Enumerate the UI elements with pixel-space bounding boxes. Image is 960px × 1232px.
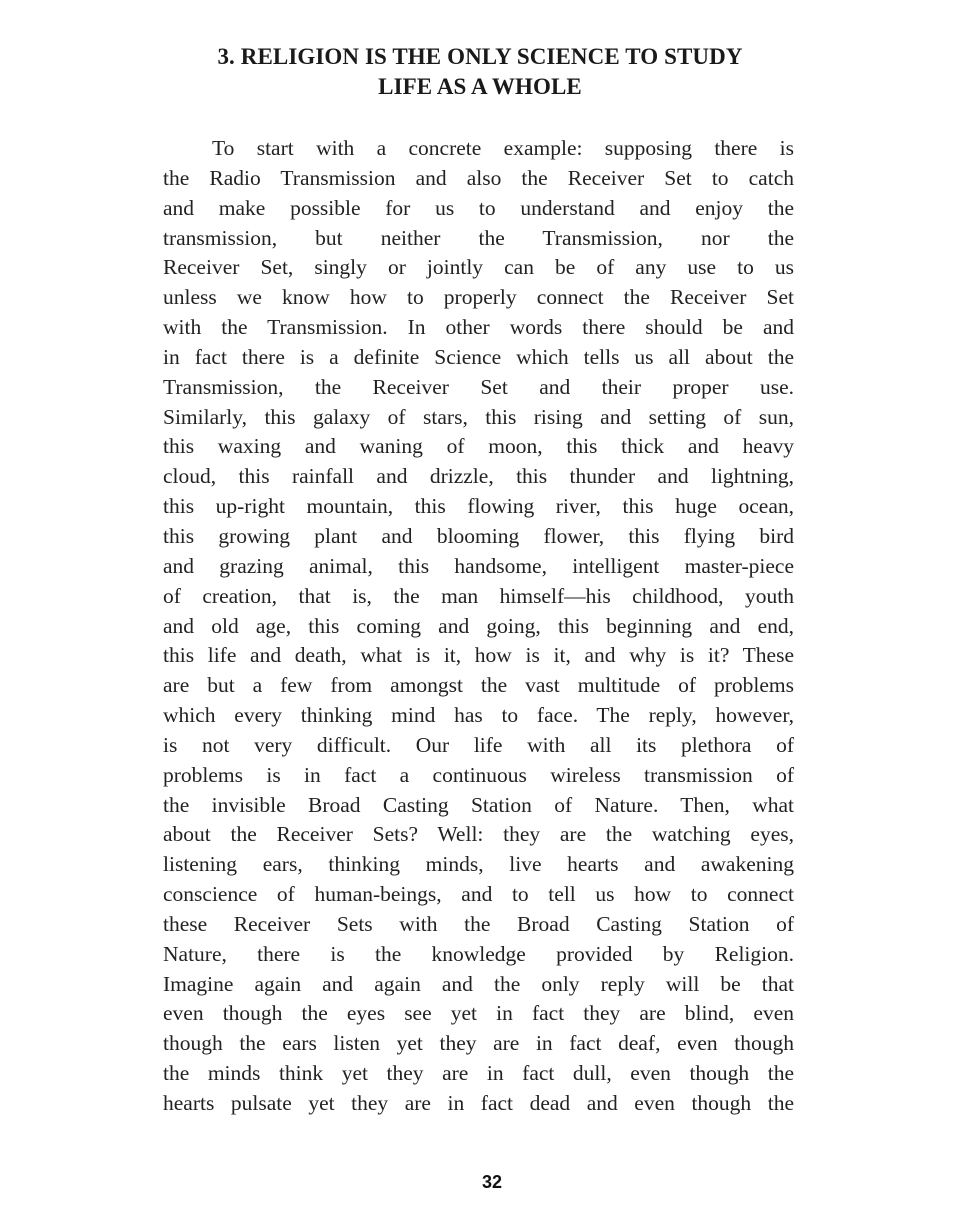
paragraph-line: conscience of human-beings, and to tell …: [163, 880, 794, 910]
paragraph-line: and grazing animal, this handsome, intel…: [163, 552, 794, 582]
paragraph-line: Receiver Set, singly or jointly can be o…: [163, 253, 794, 283]
paragraph-line: cloud, this rainfall and drizzle, this t…: [163, 462, 794, 492]
paragraph-line: this waxing and waning of moon, this thi…: [163, 432, 794, 462]
paragraph-line: To start with a concrete example: suppos…: [163, 134, 794, 164]
paragraph-line: Imagine again and again and the only rep…: [163, 970, 794, 1000]
paragraph-line: which every thinking mind has to face. T…: [163, 701, 794, 731]
paragraph-line: with the Transmission. In other words th…: [163, 313, 794, 343]
paragraph-line: about the Receiver Sets? Well: they are …: [163, 820, 794, 850]
paragraph-line: these Receiver Sets with the Broad Casti…: [163, 910, 794, 940]
paragraph-line: this life and death, what is it, how is …: [163, 641, 794, 671]
paragraph-line: problems is in fact a continuous wireles…: [163, 761, 794, 791]
page-number: 32: [0, 1172, 960, 1193]
paragraph-line: listening ears, thinking minds, live hea…: [163, 850, 794, 880]
paragraph-line: even though the eyes see yet in fact the…: [163, 999, 794, 1029]
chapter-heading: 3. RELIGION IS THE ONLY SCIENCE TO STUDY…: [140, 42, 820, 102]
chapter-heading-line-2: LIFE AS A WHOLE: [140, 72, 820, 102]
body-paragraph: To start with a concrete example: suppos…: [163, 134, 794, 1119]
paragraph-line: unless we know how to properly connect t…: [163, 283, 794, 313]
paragraph-line: the Radio Transmission and also the Rece…: [163, 164, 794, 194]
paragraph-line: and make possible for us to understand a…: [163, 194, 794, 224]
paragraph-line: are but a few from amongst the vast mult…: [163, 671, 794, 701]
paragraph-line: is not very difficult. Our life with all…: [163, 731, 794, 761]
paragraph-line: Similarly, this galaxy of stars, this ri…: [163, 403, 794, 433]
paragraph-line: the invisible Broad Casting Station of N…: [163, 791, 794, 821]
paragraph-line: this up-right mountain, this flowing riv…: [163, 492, 794, 522]
paragraph-line: Nature, there is the knowledge provided …: [163, 940, 794, 970]
paragraph-line: and old age, this coming and going, this…: [163, 612, 794, 642]
paragraph-line: this growing plant and blooming flower, …: [163, 522, 794, 552]
paragraph-line: transmission, but neither the Transmissi…: [163, 224, 794, 254]
chapter-heading-line-1: 3. RELIGION IS THE ONLY SCIENCE TO STUDY: [140, 42, 820, 72]
paragraph-line: hearts pulsate yet they are in fact dead…: [163, 1089, 794, 1119]
paragraph-line: though the ears listen yet they are in f…: [163, 1029, 794, 1059]
paragraph-line: of creation, that is, the man himself—hi…: [163, 582, 794, 612]
paragraph-line: Transmission, the Receiver Set and their…: [163, 373, 794, 403]
paragraph-line: the minds think yet they are in fact dul…: [163, 1059, 794, 1089]
paragraph-line: in fact there is a definite Science whic…: [163, 343, 794, 373]
